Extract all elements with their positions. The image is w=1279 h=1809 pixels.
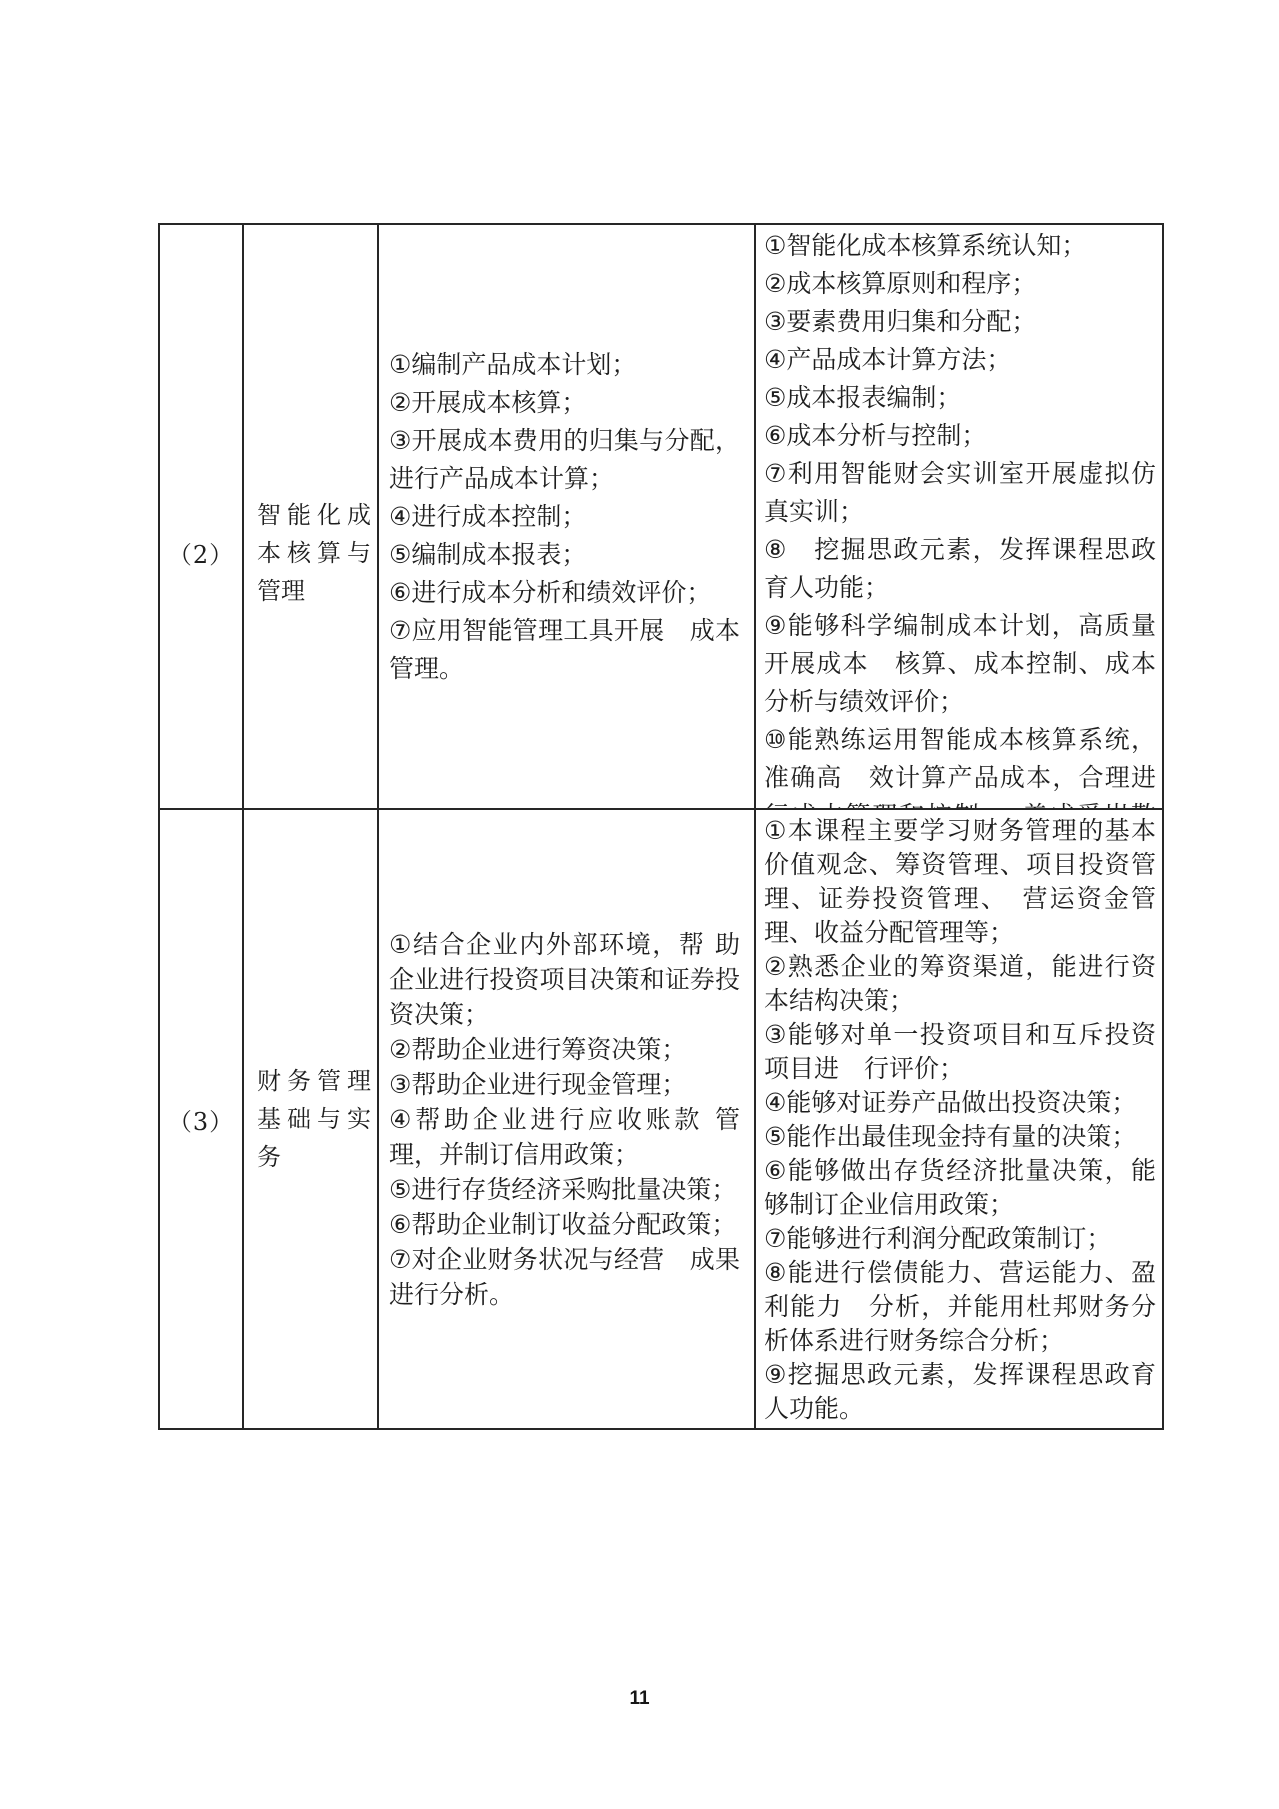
list-item: ①编制产品成本计划； <box>389 346 740 384</box>
list-item: ⑤编制成本报表； <box>389 536 740 574</box>
list-item: ②帮助企业进行筹资决策； <box>389 1032 740 1067</box>
list-item: ④进行成本控制； <box>389 498 740 536</box>
list-item: ⑧ 挖掘思政元素，发挥课程思政育人功能； <box>764 531 1156 607</box>
course-name: 智能化成本核算与管理 <box>244 496 377 610</box>
list-item: ⑩能熟练运用智能成本核算系统，准确高 效计算产品成本，合理进行成本管理和控制， … <box>764 721 1156 810</box>
list-item: ⑤成本报表编制； <box>764 379 1156 417</box>
list-item: ③要素费用归集和分配； <box>764 303 1156 341</box>
list-item: ⑤进行存货经济采购批量决策； <box>389 1172 740 1207</box>
list-item: ②开展成本核算； <box>389 384 740 422</box>
row-index-cell: （2） <box>160 225 244 810</box>
list-item: ⑥能够做出存货经济批量决策，能够制订企业信用政策； <box>764 1154 1156 1222</box>
outcomes-cell: ①本课程主要学习财务管理的基本价值观念、筹资管理、项目投资管理、证券投资管理、 … <box>756 810 1164 1430</box>
row-index: （2） <box>168 535 234 570</box>
list-item: ①本课程主要学习财务管理的基本价值观念、筹资管理、项目投资管理、证券投资管理、 … <box>764 814 1156 950</box>
list-item: ②熟悉企业的筹资渠道，能进行资本结构决策； <box>764 950 1156 1018</box>
list-item: ⑥帮助企业制订收益分配政策； <box>389 1207 740 1242</box>
row-index-cell: （3） <box>160 810 244 1430</box>
list-item: ③能够对单一投资项目和互斥投资项目进 行评价； <box>764 1018 1156 1086</box>
task-list: ①结合企业内外部环境，帮 助企业进行投资项目决策和证券投资决策；②帮助企业进行筹… <box>379 927 754 1312</box>
list-item: ⑥成本分析与控制； <box>764 417 1156 455</box>
list-item: ①智能化成本核算系统认知； <box>764 227 1156 265</box>
list-item: ④产品成本计算方法； <box>764 341 1156 379</box>
outcome-list: ①本课程主要学习财务管理的基本价值观念、筹资管理、项目投资管理、证券投资管理、 … <box>756 810 1162 1426</box>
list-item: ⑨能够科学编制成本计划，高质量开展成本 核算、成本控制、成本分析与绩效评价； <box>764 607 1156 721</box>
list-item: ⑦利用智能财会实训室开展虚拟仿真实训； <box>764 455 1156 531</box>
list-item: ⑦应用智能管理工具开展 成本管理。 <box>389 612 740 688</box>
course-name-cell: 智能化成本核算与管理 <box>244 225 379 810</box>
row-index: （3） <box>168 1102 234 1137</box>
list-item: ⑧能进行偿债能力、营运能力、盈利能力 分析，并能用杜邦财务分析体系进行财务综合分… <box>764 1256 1156 1358</box>
course-name: 财务管理基础与实务 <box>244 1062 377 1176</box>
list-item: ③帮助企业进行现金管理； <box>389 1067 740 1102</box>
course-table: （2） 智能化成本核算与管理 ①编制产品成本计划；②开展成本核算；③开展成本费用… <box>158 223 1164 1430</box>
task-list: ①编制产品成本计划；②开展成本核算；③开展成本费用的归集与分配，进行产品成本计算… <box>379 346 754 688</box>
tasks-cell: ①编制产品成本计划；②开展成本核算；③开展成本费用的归集与分配，进行产品成本计算… <box>379 225 756 810</box>
list-item: ①结合企业内外部环境，帮 助企业进行投资项目决策和证券投资决策； <box>389 927 740 1032</box>
list-item: ②成本核算原则和程序； <box>764 265 1156 303</box>
outcomes-cell: ①智能化成本核算系统认知；②成本核算原则和程序；③要素费用归集和分配；④产品成本… <box>756 225 1164 810</box>
list-item: ⑦对企业财务状况与经营 成果进行分析。 <box>389 1242 740 1312</box>
list-item: ⑨挖掘思政元素，发挥课程思政育人功能。 <box>764 1358 1156 1426</box>
tasks-cell: ①结合企业内外部环境，帮 助企业进行投资项目决策和证券投资决策；②帮助企业进行筹… <box>379 810 756 1430</box>
list-item: ⑤能作出最佳现金持有量的决策； <box>764 1120 1156 1154</box>
list-item: ④能够对证券产品做出投资决策； <box>764 1086 1156 1120</box>
list-item: ⑦能够进行利润分配政策制订； <box>764 1222 1156 1256</box>
list-item: ④帮助企业进行应收账款 管理，并制订信用政策； <box>389 1102 740 1172</box>
outcome-list: ①智能化成本核算系统认知；②成本核算原则和程序；③要素费用归集和分配；④产品成本… <box>756 225 1162 810</box>
document-page: （2） 智能化成本核算与管理 ①编制产品成本计划；②开展成本核算；③开展成本费用… <box>0 0 1279 1809</box>
course-name-cell: 财务管理基础与实务 <box>244 810 379 1430</box>
list-item: ③开展成本费用的归集与分配，进行产品成本计算； <box>389 422 740 498</box>
list-item: ⑥进行成本分析和绩效评价； <box>389 574 740 612</box>
page-number: 11 <box>0 1688 1279 1710</box>
